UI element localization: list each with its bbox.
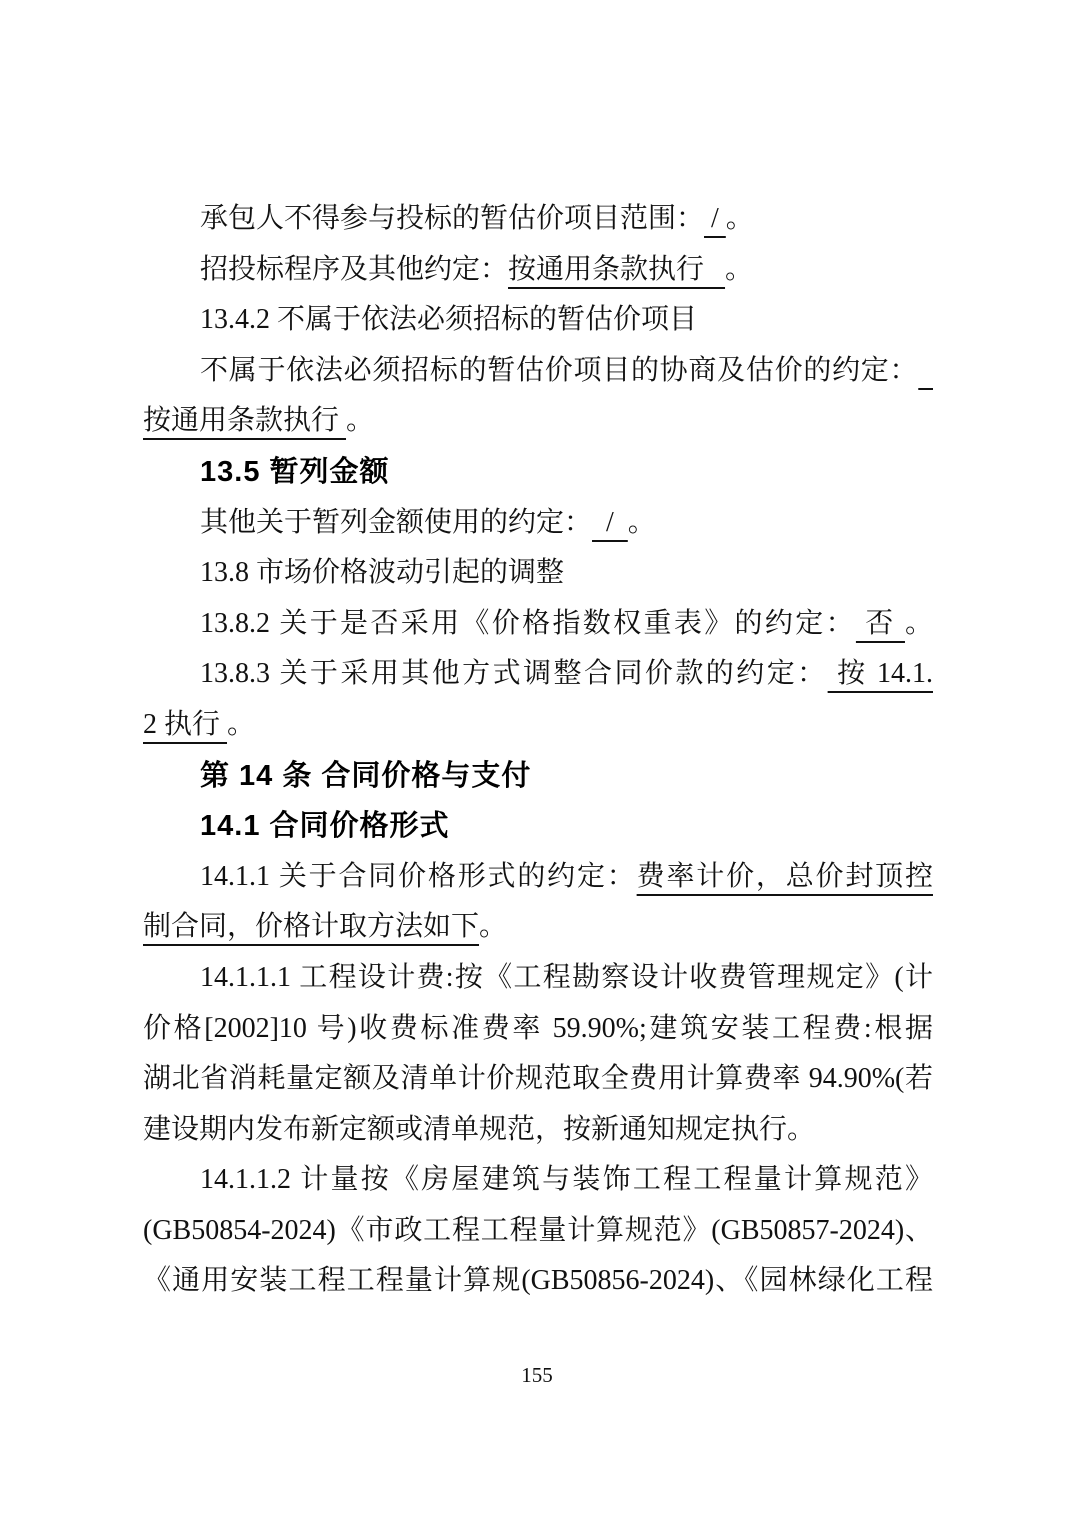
- text-segment: 不属于依法必须招标的暂估价项目的协商及估价的约定：: [200, 355, 918, 386]
- heading-line: 第 14 条 合同价格与支付: [143, 751, 933, 802]
- text-line: 承包人不得参与投标的暂估价项目范围： / 。: [143, 194, 933, 245]
- text-segment: 第 14 条 合同价格与支付: [200, 760, 531, 792]
- filled-in-value: 费率计价，总价封顶控: [637, 861, 933, 892]
- text-segment: 。: [905, 608, 933, 639]
- text-line: 其他关于暂列金额使用的约定： / 。: [143, 498, 933, 549]
- contract-document-page: 承包人不得参与投标的暂估价项目范围： / 。招投标程序及其他约定：按通用条款执行…: [0, 0, 1074, 1520]
- text-line: 13.8.2 关于是否采用《价格指数权重表》的约定： 否 。: [143, 599, 933, 650]
- text-line: 2 执行 。: [143, 700, 933, 751]
- text-segment: 。: [725, 254, 753, 285]
- text-segment: 14.1.1.2 计量按《房屋建筑与装饰工程工程量计算规范》: [200, 1164, 933, 1195]
- text-segment: 13.5 暂列金额: [200, 456, 390, 488]
- text-line: 13.8 市场价格波动引起的调整: [143, 548, 933, 599]
- text-segment: 招投标程序及其他约定：: [200, 254, 508, 285]
- text-segment: 承包人不得参与投标的暂估价项目范围：: [200, 203, 704, 234]
- text-line: 《通用安装工程工程量计算规(GB50856-2024)、《园林绿化工程: [143, 1256, 933, 1307]
- text-segment: 。: [628, 507, 656, 538]
- text-segment: 。: [346, 405, 374, 436]
- text-segment: 建设期内发布新定额或清单规范，按新通知规定执行。: [143, 1114, 815, 1145]
- text-segment: 。: [227, 709, 255, 740]
- heading-line: 13.5 暂列金额: [143, 447, 933, 498]
- text-segment: 其他关于暂列金额使用的约定：: [200, 507, 592, 538]
- text-line: 14.1.1 关于合同价格形式的约定：费率计价，总价封顶控: [143, 852, 933, 903]
- text-segment: 14.1.1.1 工程设计费:按《工程勘察设计收费管理规定》(计: [200, 962, 933, 993]
- filled-in-value: 制合同，价格计取方法如下: [143, 911, 479, 942]
- text-line: 招投标程序及其他约定：按通用条款执行 。: [143, 245, 933, 296]
- text-segment: 。: [479, 911, 507, 942]
- filled-in-value: 2 执行: [143, 709, 227, 740]
- text-segment: 价格[2002]10 号)收费标准费率 59.90%;建筑安装工程费:根据: [143, 1013, 933, 1044]
- filled-in-value: /: [592, 507, 628, 538]
- text-segment: 。: [726, 203, 754, 234]
- text-line: 14.1.1.2 计量按《房屋建筑与装饰工程工程量计算规范》: [143, 1155, 933, 1206]
- filled-in-value: 按 14.1.: [828, 658, 933, 689]
- filled-in-value: 按通用条款执行: [508, 254, 725, 285]
- filled-in-value: 按通用条款执行: [143, 405, 346, 436]
- text-line: 14.1.1.1 工程设计费:按《工程勘察设计收费管理规定》(计: [143, 953, 933, 1004]
- text-line: (GB50854-2024)《市政工程工程量计算规范》(GB50857-2024…: [143, 1206, 933, 1257]
- text-line: 建设期内发布新定额或清单规范，按新通知规定执行。: [143, 1105, 933, 1156]
- filled-in-value: /: [704, 203, 726, 234]
- text-segment: 《通用安装工程工程量计算规(GB50856-2024)、《园林绿化工程: [143, 1265, 933, 1296]
- heading-line: 14.1 合同价格形式: [143, 801, 933, 852]
- text-segment: 13.4.2 不属于依法必须招标的暂估价项目: [200, 304, 697, 335]
- text-line: 按通用条款执行 。: [143, 396, 933, 447]
- text-segment: 13.8.3 关于采用其他方式调整合同价款的约定：: [200, 658, 828, 689]
- text-line: 价格[2002]10 号)收费标准费率 59.90%;建筑安装工程费:根据: [143, 1004, 933, 1055]
- text-segment: 14.1 合同价格形式: [200, 810, 450, 842]
- text-line: 湖北省消耗量定额及清单计价规范取全费用计算费率 94.90%(若: [143, 1054, 933, 1105]
- text-segment: 13.8.2 关于是否采用《价格指数权重表》的约定：: [200, 608, 856, 639]
- text-segment: 湖北省消耗量定额及清单计价规范取全费用计算费率 94.90%(若: [143, 1063, 933, 1094]
- text-segment: (GB50854-2024)《市政工程工程量计算规范》(GB50857-2024…: [143, 1215, 933, 1246]
- text-segment: 13.8 市场价格波动引起的调整: [200, 557, 564, 588]
- filled-in-value: [918, 355, 933, 386]
- filled-in-value: 否: [856, 608, 905, 639]
- text-segment: 14.1.1 关于合同价格形式的约定：: [200, 861, 637, 892]
- document-content: 承包人不得参与投标的暂估价项目范围： / 。招投标程序及其他约定：按通用条款执行…: [143, 194, 933, 1307]
- text-line: 不属于依法必须招标的暂估价项目的协商及估价的约定：: [143, 346, 933, 397]
- page-number: 155: [0, 1363, 1074, 1388]
- text-line: 13.8.3 关于采用其他方式调整合同价款的约定： 按 14.1.: [143, 649, 933, 700]
- text-line: 13.4.2 不属于依法必须招标的暂估价项目: [143, 295, 933, 346]
- text-line: 制合同，价格计取方法如下。: [143, 902, 933, 953]
